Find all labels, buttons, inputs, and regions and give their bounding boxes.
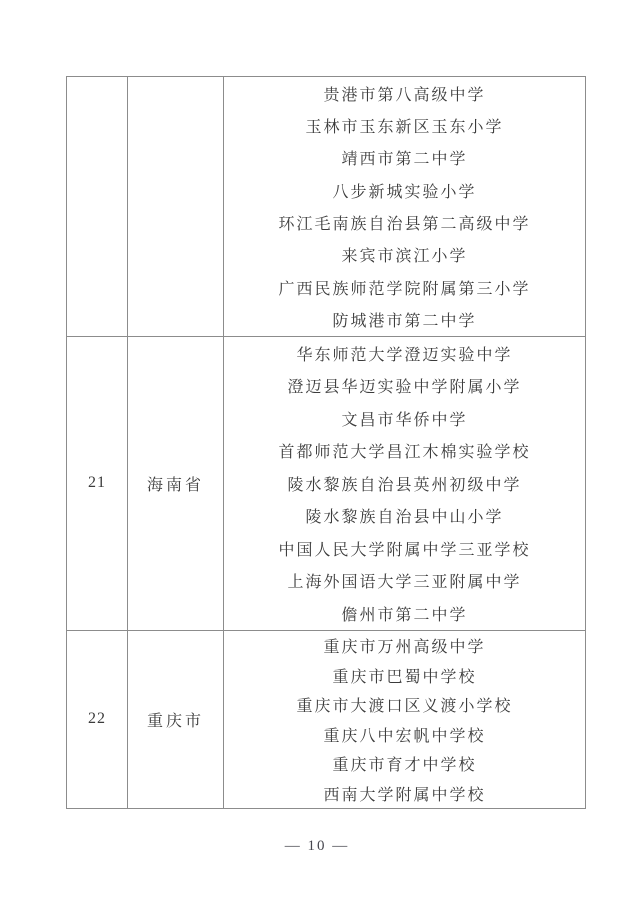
school-name: 重庆市巴蜀中学校 [224,660,585,690]
serial-cell [67,77,128,337]
school-name: 上海外国语大学三亚附属中学 [224,565,585,598]
serial-cell: 21 [67,336,128,630]
school-name: 儋州市第二中学 [224,597,585,630]
school-name: 重庆市育才中学校 [224,749,585,779]
school-name: 广西民族师范学院附属第三小学 [224,271,585,303]
school-name: 文昌市华侨中学 [224,402,585,435]
school-name: 防城港市第二中学 [224,304,585,336]
schools-cell: 贵港市第八高级中学 玉林市玉东新区玉东小学 靖西市第二中学 八步新城实验小学 环… [224,77,586,337]
school-name: 重庆八中宏帆中学校 [224,719,585,749]
school-name: 首都师范大学昌江木棉实验学校 [224,435,585,468]
schools-cell: 华东师范大学澄迈实验中学 澄迈县华迈实验中学附属小学 文昌市华侨中学 首都师范大… [224,336,586,630]
school-name: 玉林市玉东新区玉东小学 [224,109,585,141]
school-name: 环江毛南族自治县第二高级中学 [224,206,585,238]
school-name: 来宾市滨江小学 [224,239,585,271]
table-row: 21 海南省 华东师范大学澄迈实验中学 澄迈县华迈实验中学附属小学 文昌市华侨中… [67,336,586,630]
school-name: 靖西市第二中学 [224,142,585,174]
school-name: 华东师范大学澄迈实验中学 [224,337,585,370]
province-cell: 海南省 [128,336,224,630]
school-name: 贵港市第八高级中学 [224,77,585,109]
province-cell: 重庆市 [128,630,224,808]
school-name: 重庆市大渡口区义渡小学校 [224,690,585,720]
school-name: 澄迈县华迈实验中学附属小学 [224,369,585,402]
table-row: 22 重庆市 重庆市万州高级中学 重庆市巴蜀中学校 重庆市大渡口区义渡小学校 重… [67,630,586,808]
school-table: 贵港市第八高级中学 玉林市玉东新区玉东小学 靖西市第二中学 八步新城实验小学 环… [66,76,586,809]
school-name: 重庆市万州高级中学 [224,631,585,661]
school-name: 中国人民大学附属中学三亚学校 [224,532,585,565]
school-name: 八步新城实验小学 [224,174,585,206]
schools-cell: 重庆市万州高级中学 重庆市巴蜀中学校 重庆市大渡口区义渡小学校 重庆八中宏帆中学… [224,630,586,808]
province-cell [128,77,224,337]
school-name: 陵水黎族自治县中山小学 [224,500,585,533]
serial-cell: 22 [67,630,128,808]
table-row: 贵港市第八高级中学 玉林市玉东新区玉东小学 靖西市第二中学 八步新城实验小学 环… [67,77,586,337]
school-name: 陵水黎族自治县英州初级中学 [224,467,585,500]
page-number: — 10 — [0,838,634,855]
school-name: 西南大学附属中学校 [224,778,585,808]
